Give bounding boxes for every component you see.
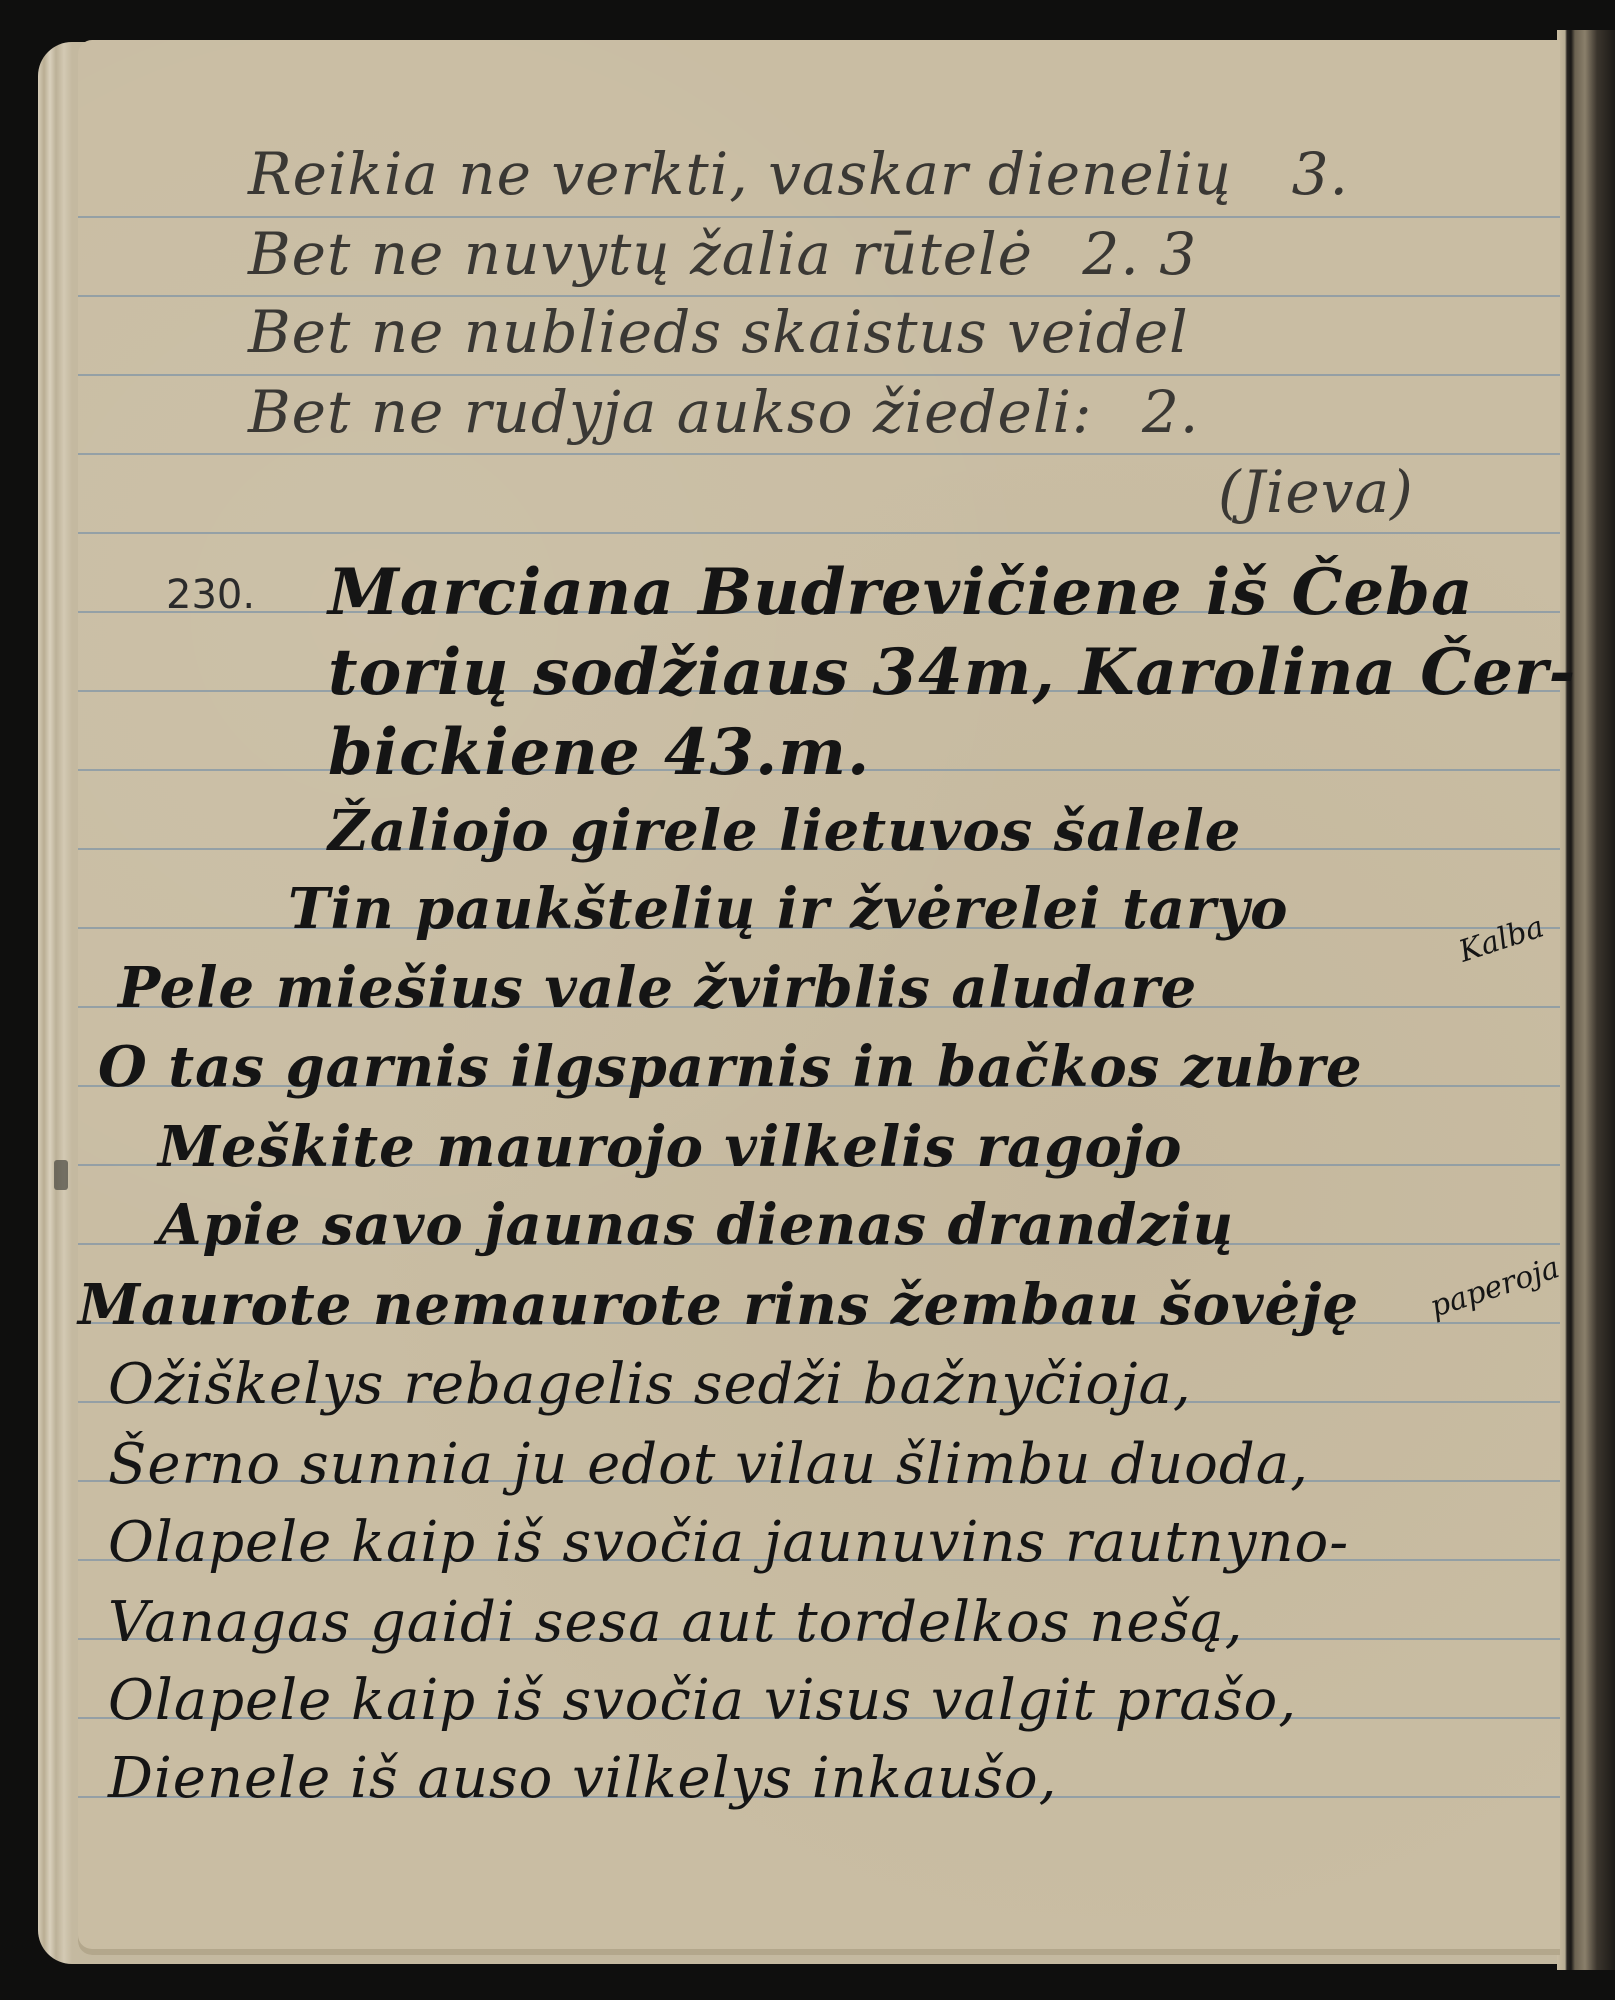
entry-line: Marciana Budrevičiene iš Čeba: [328, 555, 1473, 630]
verse-line: Pele miešius vale žvirblis aludare: [118, 955, 1197, 1021]
verse-line: Vanagas gaidi sesa aut tordelkos nešą,: [108, 1590, 1243, 1655]
verse-line: Ožiškelys rebagelis sedži bažnyčioja,: [108, 1352, 1192, 1417]
verse-line: Bet ne rudyja aukso žiedeli: 2.: [248, 378, 1199, 446]
rule-line: [78, 295, 1560, 297]
rule-line: [78, 532, 1560, 534]
notebook-binding: [1557, 30, 1615, 1970]
repeat-mark: 3.: [1292, 140, 1349, 208]
verse-line: Apie savo jaunas dienas drandzių: [158, 1192, 1234, 1258]
verse-line: Reikia ne verkti, vaskar dienelių 3.: [248, 140, 1349, 208]
verse-line: Tin paukštelių ir žvėrelei taryo: [288, 876, 1289, 942]
repeat-mark: 2. 3: [1082, 220, 1197, 288]
interlinear-note: paperoja: [1426, 1250, 1564, 1325]
verse-line: Bet ne nuvytų žalia rūtelė 2. 3: [248, 220, 1197, 288]
interlinear-note: Kalba: [1455, 909, 1549, 969]
verse-line: Žaliojo girele lietuvos šalele: [328, 798, 1241, 864]
rule-line: [78, 453, 1560, 455]
verse-line: O tas garnis ilgsparnis in bačkos zubre: [98, 1034, 1363, 1100]
notebook-page: Reikia ne verkti, vaskar dienelių 3. Bet…: [78, 40, 1560, 1955]
verse-signature: (Jieva): [1218, 458, 1414, 526]
verse-line: Olapele kaip iš svočia visus valgit praš…: [108, 1668, 1297, 1733]
verse-line: Meškite maurojo vilkelis ragojo: [158, 1114, 1182, 1180]
rule-line: [78, 374, 1560, 376]
verse-line: Šerno sunnia ju edot vilau šlimbu duoda,: [108, 1432, 1309, 1497]
entry-line: torių sodžiaus 34m, Karolina Čer-: [328, 635, 1576, 710]
rule-line: [78, 216, 1560, 218]
entry-line: bickiene 43.m.: [328, 715, 870, 790]
verse-line: Olapele kaip iš svočia jaunuvins rautnyn…: [108, 1510, 1349, 1575]
entry-number: 230.: [166, 572, 255, 618]
verse-line: Bet ne nublieds skaistus veidel: [248, 298, 1189, 366]
verse-line: Maurote nemaurote rins žembau šovėję: [78, 1272, 1359, 1338]
repeat-mark: 2.: [1142, 378, 1199, 446]
ink-smudge: [54, 1160, 68, 1190]
verse-line: Dienele iš auso vilkelys inkaušo,: [108, 1746, 1057, 1811]
